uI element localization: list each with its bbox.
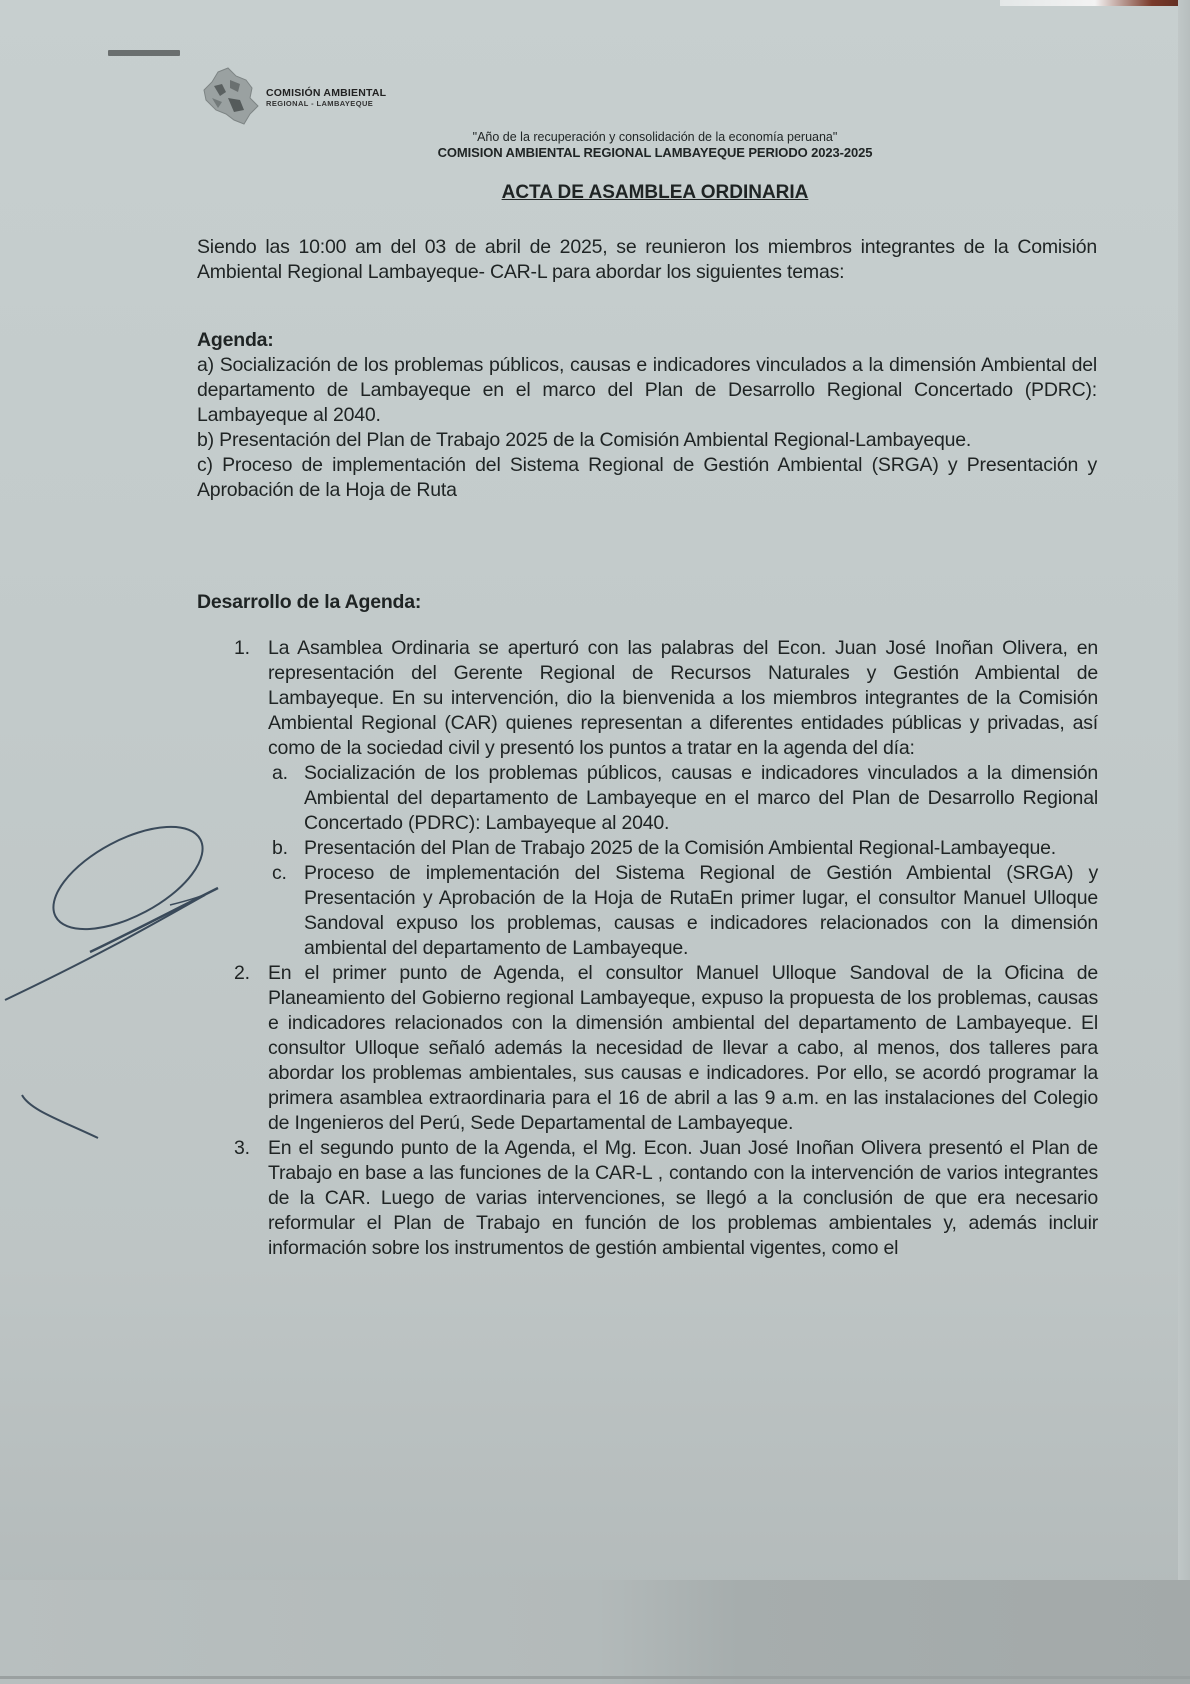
item-number: 1. [234,636,250,661]
agenda-item: a) Socialización de los problemas públic… [197,353,1097,428]
handwritten-signature-icon [0,820,240,1160]
commission-name: COMISION AMBIENTAL REGIONAL LAMBAYEQUE P… [0,145,1190,160]
logo-line-1: COMISIÓN AMBIENTAL [266,88,386,99]
development-list: 1. La Asamblea Ordinaria se aperturó con… [234,636,1098,1261]
page-bottom-shadow [0,1580,1190,1684]
development-item: 2. En el primer punto de Agenda, el cons… [234,961,1098,1136]
agenda-item: b) Presentación del Plan de Trabajo 2025… [197,428,1097,453]
agenda-list: a) Socialización de los problemas públic… [197,353,1097,503]
sub-item-text: Socialización de los problemas públicos,… [304,762,1098,834]
agenda-item: c) Proceso de implementación del Sistema… [197,453,1097,503]
sub-item: c. Proceso de implementación del Sistema… [272,861,1098,961]
staple-mark [108,50,180,56]
item-text: En el segundo punto de la Agenda, el Mg.… [268,1137,1098,1259]
development-item: 3. En el segundo punto de la Agenda, el … [234,1136,1098,1261]
logo-line-2: REGIONAL - LAMBAYEQUE [266,100,386,108]
sub-item-text: Proceso de implementación del Sistema Re… [304,862,1098,959]
document-title: ACTA DE ASAMBLEA ORDINARIA [0,182,1190,204]
agenda-heading: Agenda: [197,328,1097,353]
development-heading: Desarrollo de la Agenda: [197,590,1097,615]
sub-item-letter: c. [272,861,287,886]
page-edge-bottom [0,1676,1190,1679]
sub-item-text: Presentación del Plan de Trabajo 2025 de… [304,837,1056,859]
page-edge-top [1000,0,1190,6]
lambayeque-map-icon [200,66,266,126]
sub-item: b. Presentación del Plan de Trabajo 2025… [272,836,1098,861]
intro-paragraph: Siendo las 10:00 am del 03 de abril de 2… [197,235,1097,285]
item-text: La Asamblea Ordinaria se aperturó con la… [268,637,1098,759]
logo-text: COMISIÓN AMBIENTAL REGIONAL - LAMBAYEQUE [266,88,386,107]
sub-item-letter: b. [272,836,288,861]
sub-item: a. Socialización de los problemas públic… [272,761,1098,836]
page-edge-right [1178,0,1190,1684]
item-text: En el primer punto de Agenda, el consult… [268,962,1098,1134]
development-item: 1. La Asamblea Ordinaria se aperturó con… [234,636,1098,761]
sub-item-letter: a. [272,761,288,786]
year-motto: "Año de la recuperación y consolidación … [0,130,1190,144]
